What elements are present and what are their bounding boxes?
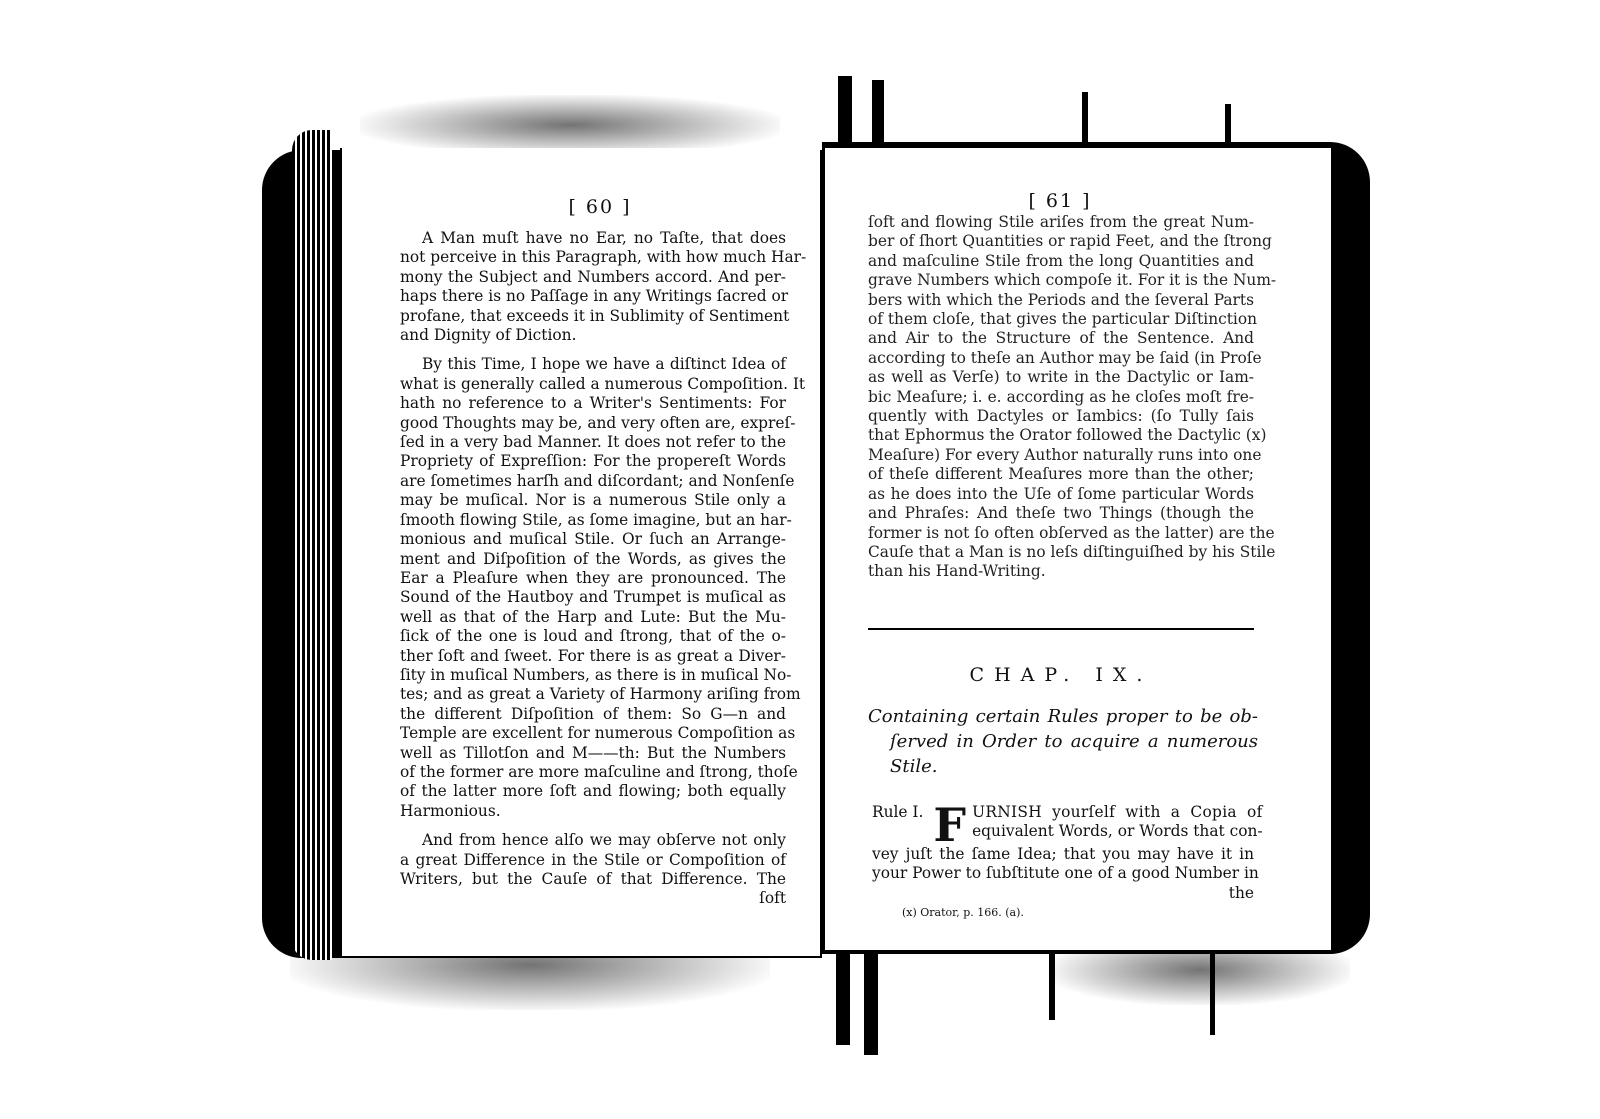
page-edges bbox=[292, 130, 332, 960]
rule-label: Rule I. bbox=[872, 803, 923, 822]
text-line: And from hence alſo we may obſerve not o… bbox=[400, 831, 786, 850]
text-line: ther ſoft and ſweet. For there is as gre… bbox=[400, 647, 786, 666]
subtitle-line: Stile. bbox=[868, 754, 1258, 779]
paragraph-3: And from hence alſo we may obſerve not o… bbox=[400, 831, 786, 909]
ribbon-marker-3 bbox=[1082, 92, 1088, 152]
text-line: A Man muſt have no Ear, no Taſte, that d… bbox=[400, 229, 786, 248]
text-line: ſick of the one is loud and ſtrong, that… bbox=[400, 627, 786, 646]
text-line: bers with which the Periods and the ſeve… bbox=[868, 291, 1254, 310]
text-line: as he does into the Uſe of ſome particul… bbox=[868, 485, 1254, 504]
page-number-right: [ 61 ] bbox=[1000, 190, 1120, 212]
rule-one: Rule I. F URNISH yourſelf with a Copia o… bbox=[872, 803, 1254, 903]
text-line: and Dignity of Diction. bbox=[400, 326, 786, 345]
text-line: what is generally called a numerous Comp… bbox=[400, 375, 786, 394]
text-line: of them cloſe, that gives the particular… bbox=[868, 310, 1254, 329]
ribbon-marker-4 bbox=[1225, 104, 1231, 154]
ribbon-tail-3 bbox=[1049, 950, 1055, 1020]
paragraph-1: A Man muſt have no Ear, no Taſte, that d… bbox=[400, 229, 786, 345]
text-line: By this Time, I hope we have a diſtinct … bbox=[400, 355, 786, 374]
text-line: of theſe different Meaſures more than th… bbox=[868, 465, 1254, 484]
text-line: and Air to the Structure of the Sentence… bbox=[868, 329, 1254, 348]
text-line: ſed in a very bad Manner. It does not re… bbox=[400, 433, 786, 452]
subtitle-line: ſerved in Order to acquire a numerous bbox=[868, 729, 1258, 754]
ribbon-tail-4 bbox=[1210, 950, 1215, 1035]
text-line: good Thoughts may be, and very often are… bbox=[400, 414, 786, 433]
text-line: and maſculine Stile from the long Quanti… bbox=[868, 252, 1254, 271]
text-line: that Ephormus the Orator followed the Da… bbox=[868, 426, 1254, 445]
text-line: Ear a Pleaſure when they are pronounced.… bbox=[400, 569, 786, 588]
text-line: ment and Diſpoſition of the Words, as gi… bbox=[400, 550, 786, 569]
chapter-divider-rule bbox=[868, 628, 1254, 630]
text-line: URNISH yourſelf with a Copia of bbox=[972, 803, 1263, 822]
catchword-right: the bbox=[872, 884, 1254, 903]
chapter-subtitle: Containing certain Rules proper to be ob… bbox=[868, 704, 1258, 779]
text-line: Temple are excellent for numerous Compoſ… bbox=[400, 724, 786, 743]
paragraph-2: By this Time, I hope we have a diſtinct … bbox=[400, 355, 786, 821]
page-number-left: [ 60 ] bbox=[540, 196, 660, 218]
text-line: may be muſical. Nor is a numerous Stile … bbox=[400, 491, 786, 510]
text-line: quently with Dactyles or Iambics: (ſo Tu… bbox=[868, 407, 1254, 426]
ribbon-tail-1 bbox=[836, 950, 850, 1045]
text-line: haps there is no Paſſage in any Writings… bbox=[400, 287, 786, 306]
rule-one-opening: Rule I. F URNISH yourſelf with a Copia o… bbox=[872, 803, 1254, 845]
text-line: Meaſure) For every Author naturally runs… bbox=[868, 446, 1254, 465]
subtitle-line: Containing certain Rules proper to be ob… bbox=[868, 704, 1258, 729]
text-line: tes; and as great a Variety of Harmony a… bbox=[400, 685, 786, 704]
text-line: grave Numbers which compoſe it. For it i… bbox=[868, 271, 1254, 290]
footnote: (x) Orator, p. 166. (a). bbox=[902, 906, 1024, 919]
text-line: Sound of the Hautboy and Trumpet is muſi… bbox=[400, 588, 786, 607]
drop-cap: F bbox=[933, 805, 966, 845]
text-line: bic Meaſure; i. e. according as he cloſe… bbox=[868, 388, 1254, 407]
left-page-body: A Man muſt have no Ear, no Taſte, that d… bbox=[400, 229, 786, 909]
text-line: your Power to ſubſtitute one of a good N… bbox=[872, 864, 1254, 883]
text-line: ber of ſhort Quantities or rapid Feet, a… bbox=[868, 232, 1254, 251]
rule-opening-lines: URNISH yourſelf with a Copia of equivale… bbox=[972, 803, 1263, 842]
text-line: hath no reference to a Writer's Sentimen… bbox=[400, 394, 786, 413]
text-line: not perceive in this Paragraph, with how… bbox=[400, 248, 786, 267]
text-line: Harmonious. bbox=[400, 802, 786, 821]
shadow-smudge-top bbox=[360, 95, 780, 155]
text-line: Cauſe that a Man is no leſs diſtinguiſhe… bbox=[868, 543, 1254, 562]
text-line: ſmooth flowing Stile, as ſome imagine, b… bbox=[400, 511, 786, 530]
text-line: than his Hand-Writing. bbox=[868, 562, 1254, 581]
chapter-heading: CHAP. IX. bbox=[868, 664, 1254, 686]
text-line: well as Tillotſon and M——th: But the Num… bbox=[400, 744, 786, 763]
text-line: of the latter more ſoft and flowing; bot… bbox=[400, 782, 786, 801]
right-page-body: ſoft and flowing Stile ariſes from the g… bbox=[868, 213, 1254, 582]
text-line: are ſometimes harſh and diſcordant; and … bbox=[400, 472, 786, 491]
text-line: of the former are more maſculine and ſtr… bbox=[400, 763, 786, 782]
text-line: equivalent Words, or Words that con- bbox=[972, 822, 1263, 841]
text-line: Writers, but the Cauſe of that Differenc… bbox=[400, 870, 786, 889]
catchword-left: ſoft bbox=[400, 889, 786, 908]
text-line: vey juſt the ſame Idea; that you may hav… bbox=[872, 845, 1254, 864]
text-line: ſity in muſical Numbers, as there is in … bbox=[400, 666, 786, 685]
text-line: well as that of the Harp and Lute: But t… bbox=[400, 608, 786, 627]
text-line: and Phraſes: And theſe two Things (thoug… bbox=[868, 504, 1254, 523]
text-line: a great Difference in the Stile or Compo… bbox=[400, 851, 786, 870]
ribbon-tail-2 bbox=[864, 950, 878, 1055]
text-line: monious and muſical Stile. Or ſuch an Ar… bbox=[400, 530, 786, 549]
text-line: as well as Verſe) to write in the Dactyl… bbox=[868, 368, 1254, 387]
text-line: mony the Subject and Numbers accord. And… bbox=[400, 268, 786, 287]
text-line: according to theſe an Author may be ſaid… bbox=[868, 349, 1254, 368]
text-line: the different Diſpoſition of them: So G—… bbox=[400, 705, 786, 724]
text-line: former is not ſo often obſerved as the l… bbox=[868, 524, 1254, 543]
ribbon-marker-1 bbox=[838, 76, 852, 156]
text-line: Propriety of Expreſſion: For the propere… bbox=[400, 452, 786, 471]
text-line: ſoft and flowing Stile ariſes from the g… bbox=[868, 213, 1254, 232]
text-line: profane, that exceeds it in Sublimity of… bbox=[400, 307, 786, 326]
